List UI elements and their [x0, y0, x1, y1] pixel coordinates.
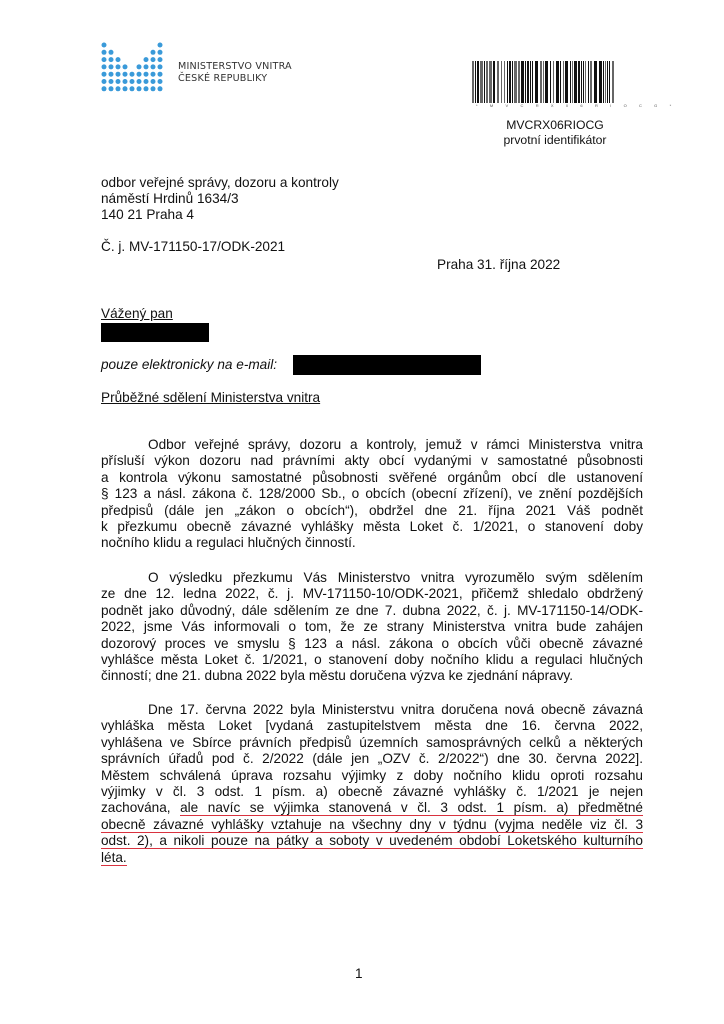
paragraph-line: vyhláška města Loket [vydaná zastupitels…	[101, 718, 643, 734]
logo-text-line1: MINISTERSTVO VNITRA	[178, 61, 292, 72]
paragraph-line: přísluší výkon dozoru nad právními akty …	[101, 453, 643, 469]
page-number: 1	[355, 966, 363, 981]
paragraph-line: obecně závazné vyhlášky vztahuje na všec…	[101, 817, 643, 833]
paragraph-line: správních úřadů pod č. 2/2022 (dále jen …	[101, 751, 643, 767]
redacted-recipient-name	[101, 323, 209, 342]
salutation: Vážený pan	[101, 306, 173, 322]
email-delivery-label: pouze elektronicky na e-mail:	[101, 357, 277, 373]
sender-department: odbor veřejné správy, dozoru a kontroly	[101, 175, 339, 191]
paragraph-line: 2022, jsme Vás informovali o tom, že ze …	[101, 619, 643, 635]
barcode-caption: * M V C R X 0 6 R I O C G *	[476, 103, 614, 108]
paragraph-line: dozorový proces ve smyslu § 123 a násl. …	[101, 636, 643, 652]
reference-number: Č. j. MV-171150-17/ODK-2021	[101, 239, 285, 255]
paragraph-line: odst. 2), a nikoli pouze na pátky a sobo…	[101, 833, 643, 849]
sender-street: náměstí Hrdinů 1634/3	[101, 191, 239, 207]
redacted-recipient-email	[293, 355, 481, 375]
place-date: Praha 31. října 2022	[437, 257, 560, 273]
letter-subject: Průběžné sdělení Ministerstva vnitra	[101, 390, 320, 406]
paragraph-line: Městem schválená úprava rozsahu výjimky …	[101, 768, 643, 784]
paragraph-line: ze dne 12. ledna 2022, č. j. MV-171150-1…	[101, 586, 643, 602]
paragraph-line: O výsledku přezkumu Vás Ministerstvo vni…	[148, 570, 643, 586]
paragraph-line: výjimky v čl. 3 odst. 1 písm. a) obecně …	[101, 784, 643, 800]
paragraph-line: nočního klidu a regulaci hlučných činnos…	[101, 535, 643, 551]
paragraph-line: Dne 17. června 2022 byla Ministerstvu vn…	[148, 702, 643, 718]
plain-text: zachována,	[101, 800, 180, 815]
paragraph-line: Odbor veřejné správy, dozoru a kontroly,…	[148, 437, 643, 453]
paragraph-line: podnět jako důvodný, dále sdělením ze dn…	[101, 603, 643, 619]
paragraph-line: a kontrola výkonu samostatné působnosti …	[101, 470, 643, 486]
barcode-identifier-label: prvotní identifikátor	[496, 133, 614, 147]
highlighted-text: léta.	[101, 850, 127, 866]
highlighted-text: obecně závazné vyhlášky vztahuje na všec…	[101, 817, 643, 833]
barcode-identifier: MVCRX06RIOCG	[500, 118, 610, 132]
paragraph-line: činností; dne 21. dubna 2022 byla městu …	[101, 668, 643, 684]
paragraph-line: vyhlášce města Loket č. 1/2021, o stanov…	[101, 652, 643, 668]
paragraph-line: § 123 a násl. zákona č. 128/2000 Sb., o …	[101, 486, 643, 502]
paragraph-line: k přezkumu obecně závazné vyhlášky města…	[101, 519, 643, 535]
sender-city: 140 21 Praha 4	[101, 207, 194, 223]
dot-matrix-m-logo-icon	[101, 42, 163, 92]
paragraph-line: léta.	[101, 850, 643, 866]
barcode: * M V C R X 0 6 R I O C G *	[472, 61, 614, 111]
highlighted-text: odst. 2), a nikoli pouze na pátky a sobo…	[101, 833, 643, 849]
paragraph-line: vyhlášena ve Sbírce právních předpisů úz…	[101, 735, 643, 751]
ministry-logo: MINISTERSTVO VNITRA ČESKÉ REPUBLIKY	[101, 42, 301, 92]
barcode-icon	[472, 61, 614, 103]
highlighted-text: ale navíc se výjimka stanovená v čl. 3 o…	[180, 800, 643, 816]
paragraph-line: předpisů (dále jen „zákon o obcích“), ob…	[101, 503, 643, 519]
logo-text-line2: ČESKÉ REPUBLIKY	[178, 73, 267, 84]
paragraph-line: zachována, ale navíc se výjimka stanoven…	[101, 800, 643, 816]
